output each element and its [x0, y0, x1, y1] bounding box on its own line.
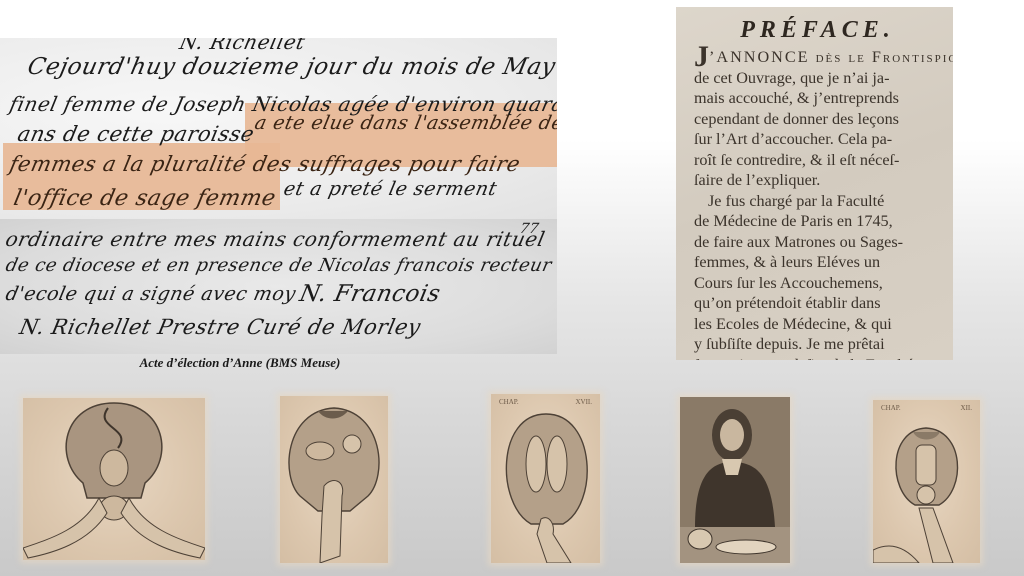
preface-line: y ſubſiſte depuis. Je me prêtai [694, 334, 941, 355]
manuscript-line: ans de cette paroisse [15, 122, 256, 146]
manuscript-line: d'ecole qui a signé avec moy [4, 283, 298, 305]
preface-line: J’ANNONCE dès le Frontiſpice [694, 47, 941, 68]
preface-line: Je fus chargé par la Faculté [694, 191, 941, 212]
preface-line: de Médecine de Paris en 1745, [694, 211, 941, 232]
manuscript-line: a ete elue dans l'assemblée des [253, 112, 557, 134]
preface-line: de faire aux Matrones ou Sages- [694, 232, 941, 253]
preface-line: les Ecoles de Médecine, & qui [694, 314, 941, 335]
uterus-hands-icon [873, 400, 980, 563]
manuscript-caption: Acte d’élection d’Anne (BMS Meuse) [60, 355, 420, 371]
signature-francois: N. Francois [297, 281, 443, 307]
engraving-thumbnail-4 [680, 397, 790, 563]
manuscript-line: femmes a la pluralité des suffrages pour… [7, 152, 522, 176]
preface-line: femmes, & à leurs Eléves un [694, 252, 941, 273]
preface-page-image: PRÉFACE. J’ANNONCE dès le Frontiſpice de… [676, 7, 953, 360]
engraving-thumbnail-3: CHAP.XVII. [491, 394, 600, 563]
manuscript-line: ordinaire entre mes mains conformement a… [3, 227, 547, 251]
engraving-thumbnail-2 [280, 396, 388, 563]
preface-line: mais accouché, & j’entreprends [694, 88, 941, 109]
manuscript-line: Cejourd'huy douzieme jour du mois de May… [25, 54, 557, 80]
engraving-thumbnail-5: CHAP.XII. [873, 400, 980, 563]
preface-title: PRÉFACE. [694, 17, 941, 43]
portrait-man-icon [680, 397, 790, 563]
manuscript-line: N. Richellet [177, 38, 307, 54]
uterus-twins-icon [491, 394, 600, 563]
preface-line: ſur l’Art d’accoucher. Cela pa- [694, 129, 941, 150]
preface-line: ſaire de l’expliquer. [694, 170, 941, 191]
preface-line: Cours ſur les Accouchemens, [694, 273, 941, 294]
manuscript-line: l'office de sage femme [11, 186, 278, 211]
manuscript-image-bottom: 77 ordinaire entre mes mains conformemen… [0, 219, 557, 354]
preface-line: de cet Ouvrage, que je n’ai ja- [694, 68, 941, 89]
manuscript-line: de ce diocese et en presence de Nicolas … [4, 255, 554, 276]
preface-line: qu’on prétendoit établir dans [694, 293, 941, 314]
manuscript-image-top: N. Richellet Cejourd'huy douzieme jour d… [0, 38, 557, 219]
manuscript-line: et a preté le serment [282, 178, 499, 200]
preface-line: roît ſe contredire, & il eſt néceſ- [694, 150, 941, 171]
preface-line: ſans peine aux deſirs de la Faculté. [694, 355, 941, 361]
engraving-thumbnail-1 [23, 398, 205, 560]
uterus-breech-hands-icon [23, 398, 205, 560]
signature-richellet: N. Richellet Prestre Curé de Morley [17, 315, 423, 339]
preface-line: cependant de donner des leçons [694, 109, 941, 130]
uterus-fetus-hand-icon [280, 396, 388, 563]
